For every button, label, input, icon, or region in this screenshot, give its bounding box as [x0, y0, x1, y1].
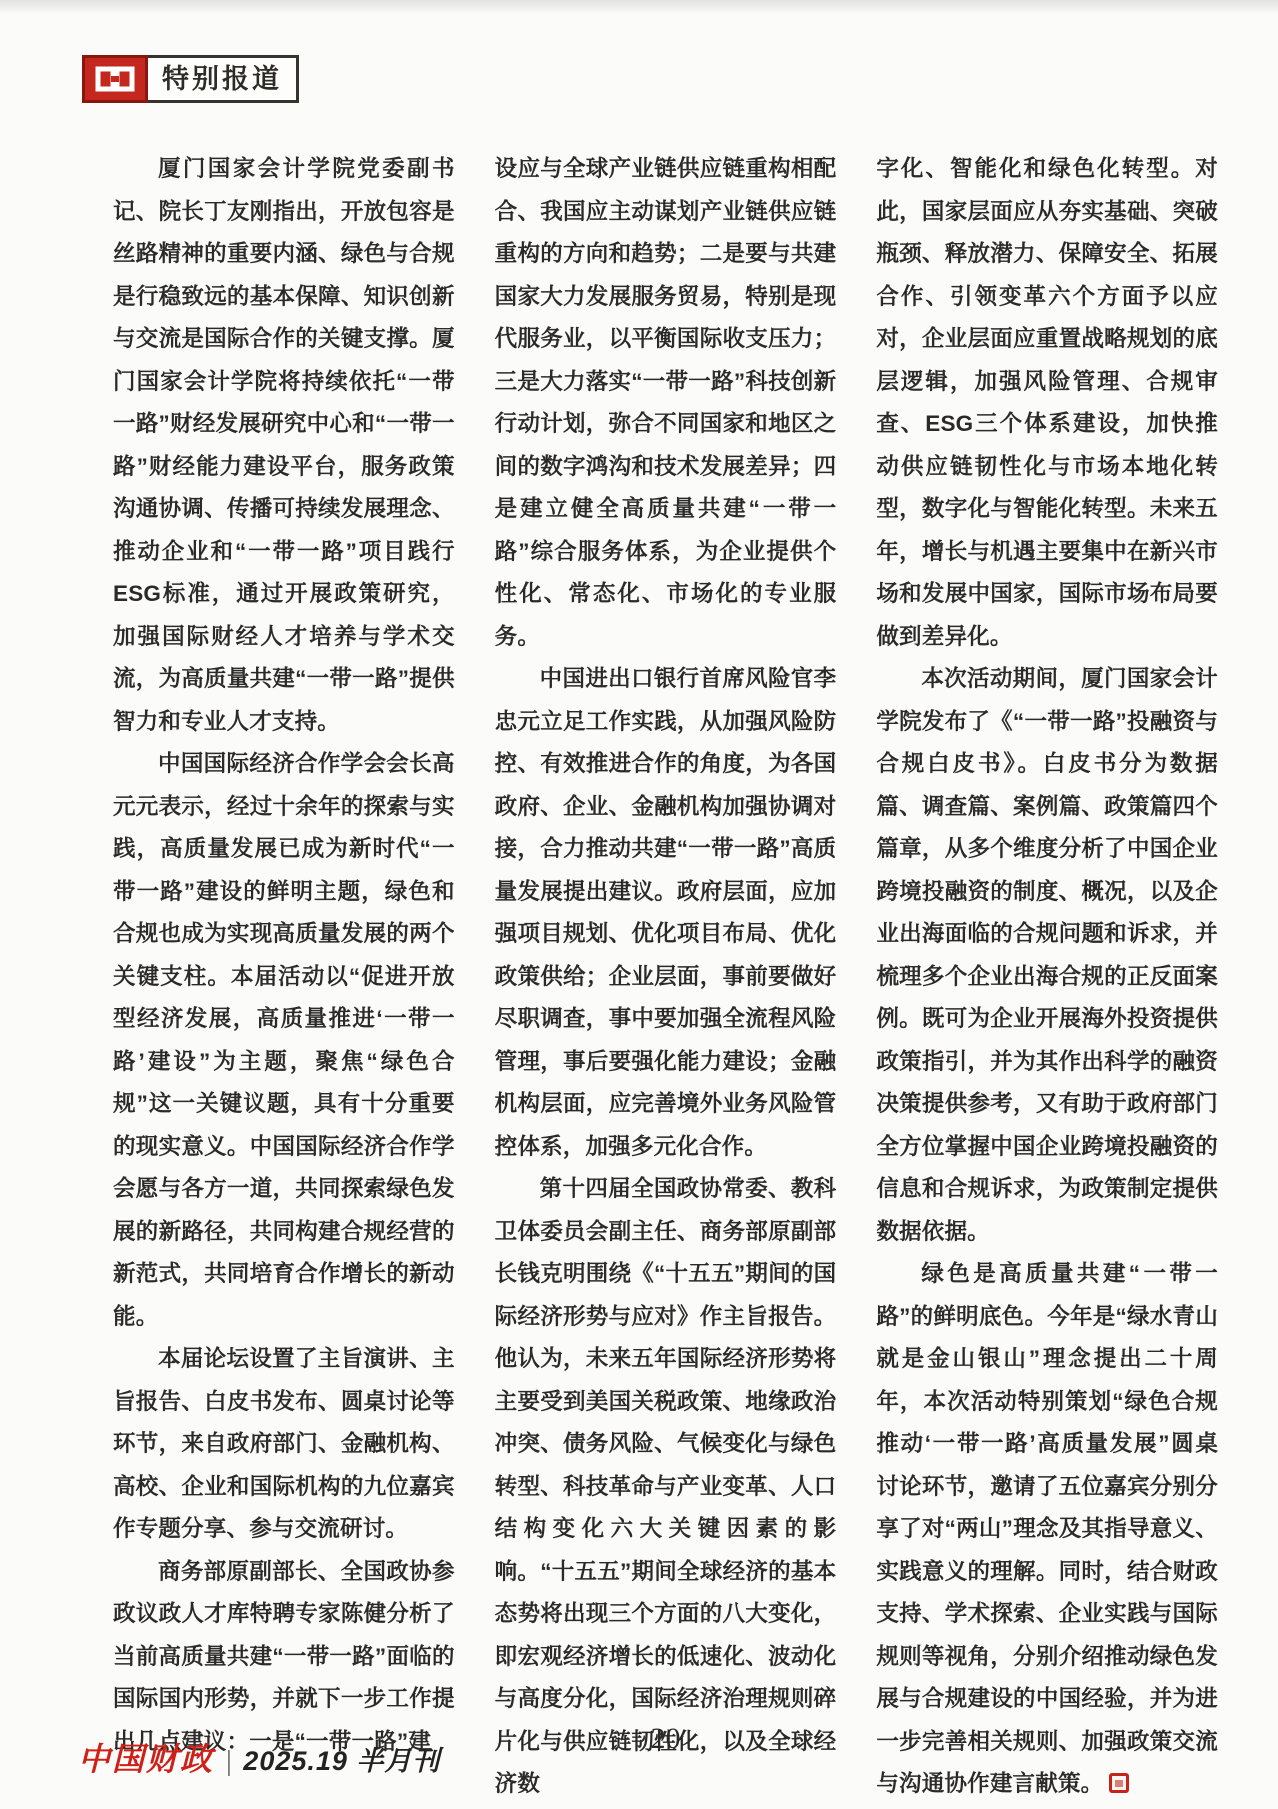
article-end-mark-icon	[1109, 1773, 1129, 1793]
paragraph: 厦门国家会计学院党委副书记、院长丁友刚指出，开放包容是丝路精神的重要内涵、绿色与…	[113, 148, 455, 743]
paragraph-text: 绿色是高质量共建“一带一路”的鲜明底色。今年是“绿水青山就是金山银山”理念提出二…	[876, 1261, 1218, 1796]
magazine-logo-block	[82, 55, 148, 103]
footer-imprint: 中国财政 | 2025.19 半月刊	[78, 1734, 440, 1780]
article-column-1: 厦门国家会计学院党委副书记、院长丁友刚指出，开放包容是丝路精神的重要内涵、绿色与…	[113, 148, 455, 1806]
paragraph: 第十四届全国政协常委、教科卫体委员会副主任、商务部原副部长钱克明围绕《“十五五”…	[495, 1168, 837, 1806]
paragraph: 中国进出口银行首席风险官李忠元立足工作实践，从加强风险防控、有效推进合作的角度，…	[495, 658, 837, 1168]
paragraph-continuation: 设应与全球产业链供应链重构相配合、我国应主动谋划产业链供应链重构的方向和趋势；二…	[495, 148, 837, 658]
article-column-3: 字化、智能化和绿色化转型。对此，国家层面应从夯实基础、突破瓶颈、释放潜力、保障安…	[876, 148, 1218, 1806]
paragraph: 中国国际经济合作学会会长高元元表示，经过十余年的探索与实践，高质量发展已成为新时…	[113, 743, 455, 1338]
magazine-name: 中国财政	[78, 1734, 214, 1780]
china-finance-logo-icon	[95, 65, 135, 93]
section-badge-label: 特别报道	[162, 66, 282, 93]
paragraph-continuation: 字化、智能化和绿色化转型。对此，国家层面应从夯实基础、突破瓶颈、释放潜力、保障安…	[876, 148, 1218, 658]
paragraph: 本届论坛设置了主旨演讲、主旨报告、白皮书发布、圆桌讨论等环节，来自政府部门、金融…	[113, 1338, 455, 1551]
paragraph: 本次活动期间，厦门国家会计学院发布了《“一带一路”投融资与合规白皮书》。白皮书分…	[876, 658, 1218, 1253]
magazine-page: 特别报道 厦门国家会计学院党委副书记、院长丁友刚指出，开放包容是丝路精神的重要内…	[0, 0, 1278, 1809]
footer-separator: |	[226, 1745, 230, 1777]
section-badge: 特别报道	[82, 55, 299, 103]
article-body: 厦门国家会计学院党委副书记、院长丁友刚指出，开放包容是丝路精神的重要内涵、绿色与…	[113, 148, 1218, 1806]
section-badge-box: 特别报道	[148, 55, 299, 103]
article-column-2: 设应与全球产业链供应链重构相配合、我国应主动谋划产业链供应链重构的方向和趋势；二…	[495, 148, 837, 1806]
issue-label: 2025.19 半月刊	[243, 1739, 440, 1778]
